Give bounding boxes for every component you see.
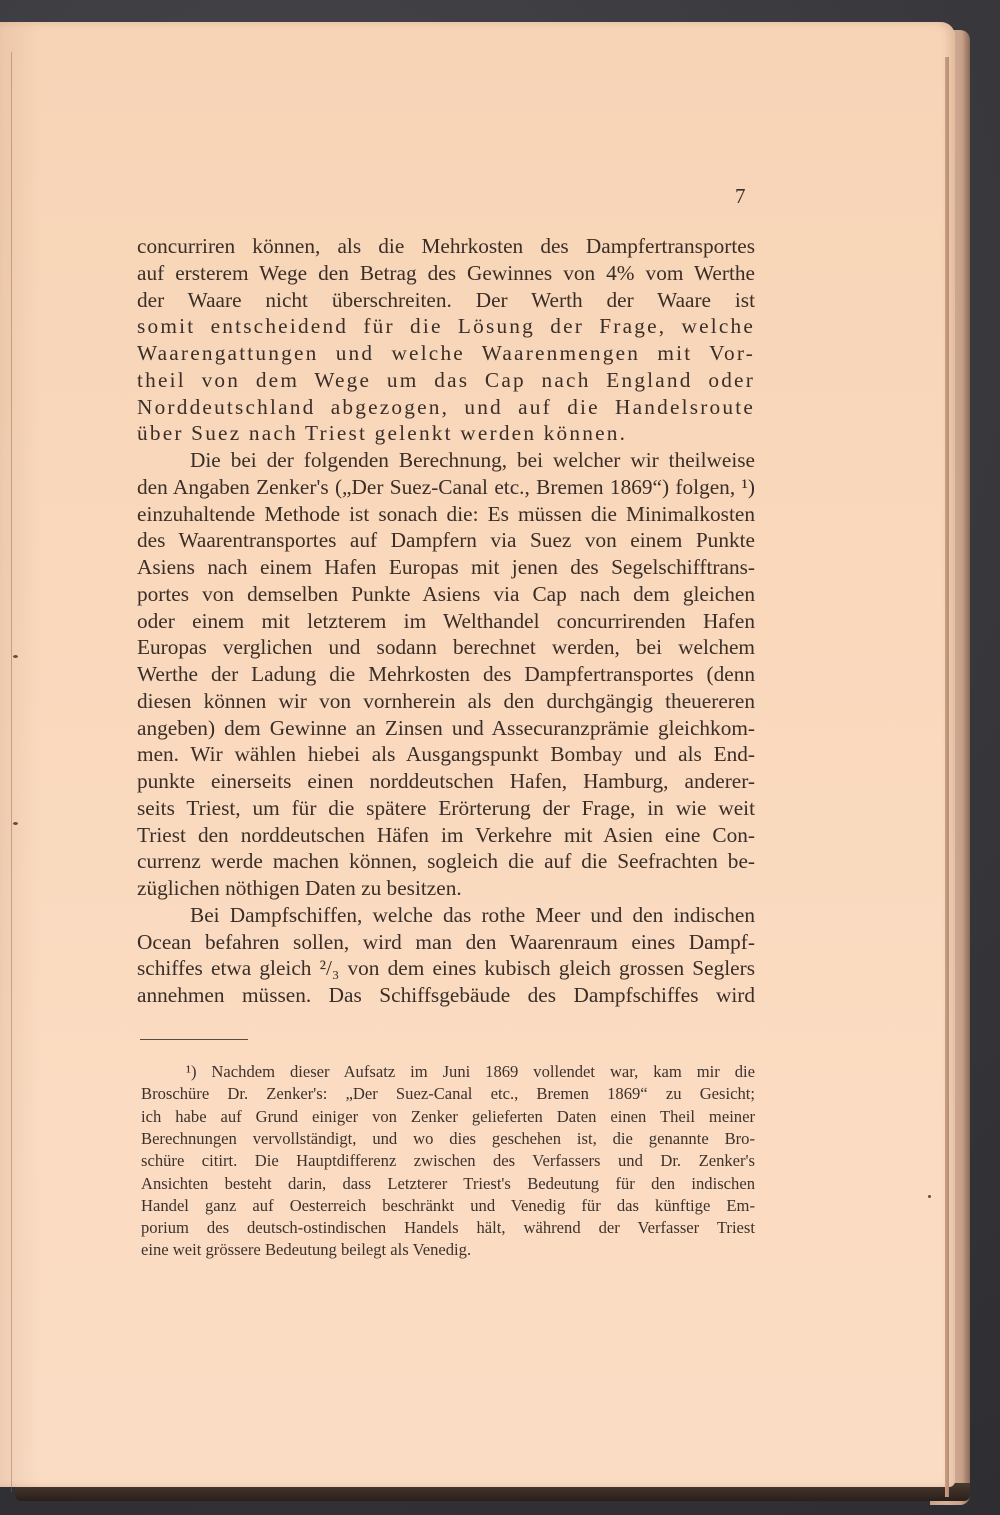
body-line: Bei Dampfschiffen, welche das rothe Meer…	[190, 902, 755, 929]
body-line: Ocean befahren sollen, wird man den Waar…	[137, 929, 755, 956]
body-line: punkte einerseits einen norddeutschen Ha…	[137, 768, 755, 795]
page-number: 7	[735, 184, 746, 209]
body-line: concurriren können, als die Mehrkosten d…	[137, 233, 755, 260]
body-line: den Angaben Zenker's („Der Suez-Canal et…	[137, 474, 755, 501]
body-line: des Waarentransportes auf Dampfern via S…	[137, 527, 755, 554]
body-line: schiffes etwa gleich ²/₃ von dem eines k…	[137, 955, 755, 982]
body-line: portes von demselben Punkte Asiens via C…	[137, 581, 755, 608]
body-line: züglichen nöthigen Daten zu besitzen.	[137, 875, 755, 902]
body-line: theil von dem Wege um das Cap nach Engla…	[137, 367, 755, 394]
body-line: Waarengattungen und welche Waarenmengen …	[137, 340, 755, 367]
footnote-line: ¹) Nachdem dieser Aufsatz im Juni 1869 v…	[186, 1061, 755, 1084]
body-line: Europas verglichen und sodann berechnet …	[137, 634, 755, 661]
body-line: Asiens nach einem Hafen Europas mit jene…	[137, 554, 755, 581]
body-line: men. Wir wählen hiebei als Ausgangspunkt…	[137, 741, 755, 768]
paper-mark	[13, 655, 18, 658]
footnote-line: porium des deutsch-ostindischen Handels …	[141, 1217, 755, 1240]
body-line: oder einem mit letzterem im Welthandel c…	[137, 608, 755, 635]
body-line: somit entscheidend für die Lösung der Fr…	[137, 313, 755, 340]
page-fold-line	[11, 52, 12, 1492]
body-line: angeben) dem Gewinne an Zinsen und Assec…	[137, 715, 755, 742]
page-right-edge	[945, 57, 949, 1497]
footnote-line: ich habe auf Grund einiger von Zenker ge…	[141, 1106, 755, 1129]
body-line: Norddeutschland abgezogen, und auf die H…	[137, 394, 755, 421]
body-line: der Waare nicht überschreiten. Der Werth…	[137, 287, 755, 314]
body-line: seits Triest, um für die spätere Erörter…	[137, 795, 755, 822]
body-line: Die bei der folgenden Berechnung, bei we…	[190, 447, 755, 474]
body-line: Werthe der Ladung die Mehrkosten des Dam…	[137, 661, 755, 688]
footnote-line: schüre citirt. Die Hauptdifferenz zwisch…	[141, 1150, 755, 1173]
body-line: auf ersterem Wege den Betrag des Gewinne…	[137, 260, 755, 287]
body-line: currenz werde machen können, sogleich di…	[137, 848, 755, 875]
footnote-line: Ansichten besteht darin, dass Letzterer …	[141, 1173, 755, 1196]
body-line: diesen können wir von vornherein als den…	[137, 688, 755, 715]
body-line: über Suez nach Triest gelenkt werden kön…	[137, 420, 755, 447]
footnote-divider	[140, 1039, 248, 1040]
footnote-line: Broschüre Dr. Zenker's: „Der Suez-Canal …	[141, 1083, 755, 1106]
paper-mark	[928, 1195, 931, 1198]
footnote-line: Handel ganz auf Oesterreich beschränkt u…	[141, 1195, 755, 1218]
body-line: annehmen müssen. Das Schiffsgebäude des …	[137, 982, 755, 1009]
footnote-line: eine weit grössere Bedeutung beilegt als…	[141, 1239, 755, 1262]
footnote-line: Berechnungen vervollständigt, und wo die…	[141, 1128, 755, 1151]
paper-mark	[13, 822, 18, 825]
body-line: Triest den norddeutschen Häfen im Verkeh…	[137, 822, 755, 849]
body-line: einzuhaltende Methode ist sonach die: Es…	[137, 501, 755, 528]
